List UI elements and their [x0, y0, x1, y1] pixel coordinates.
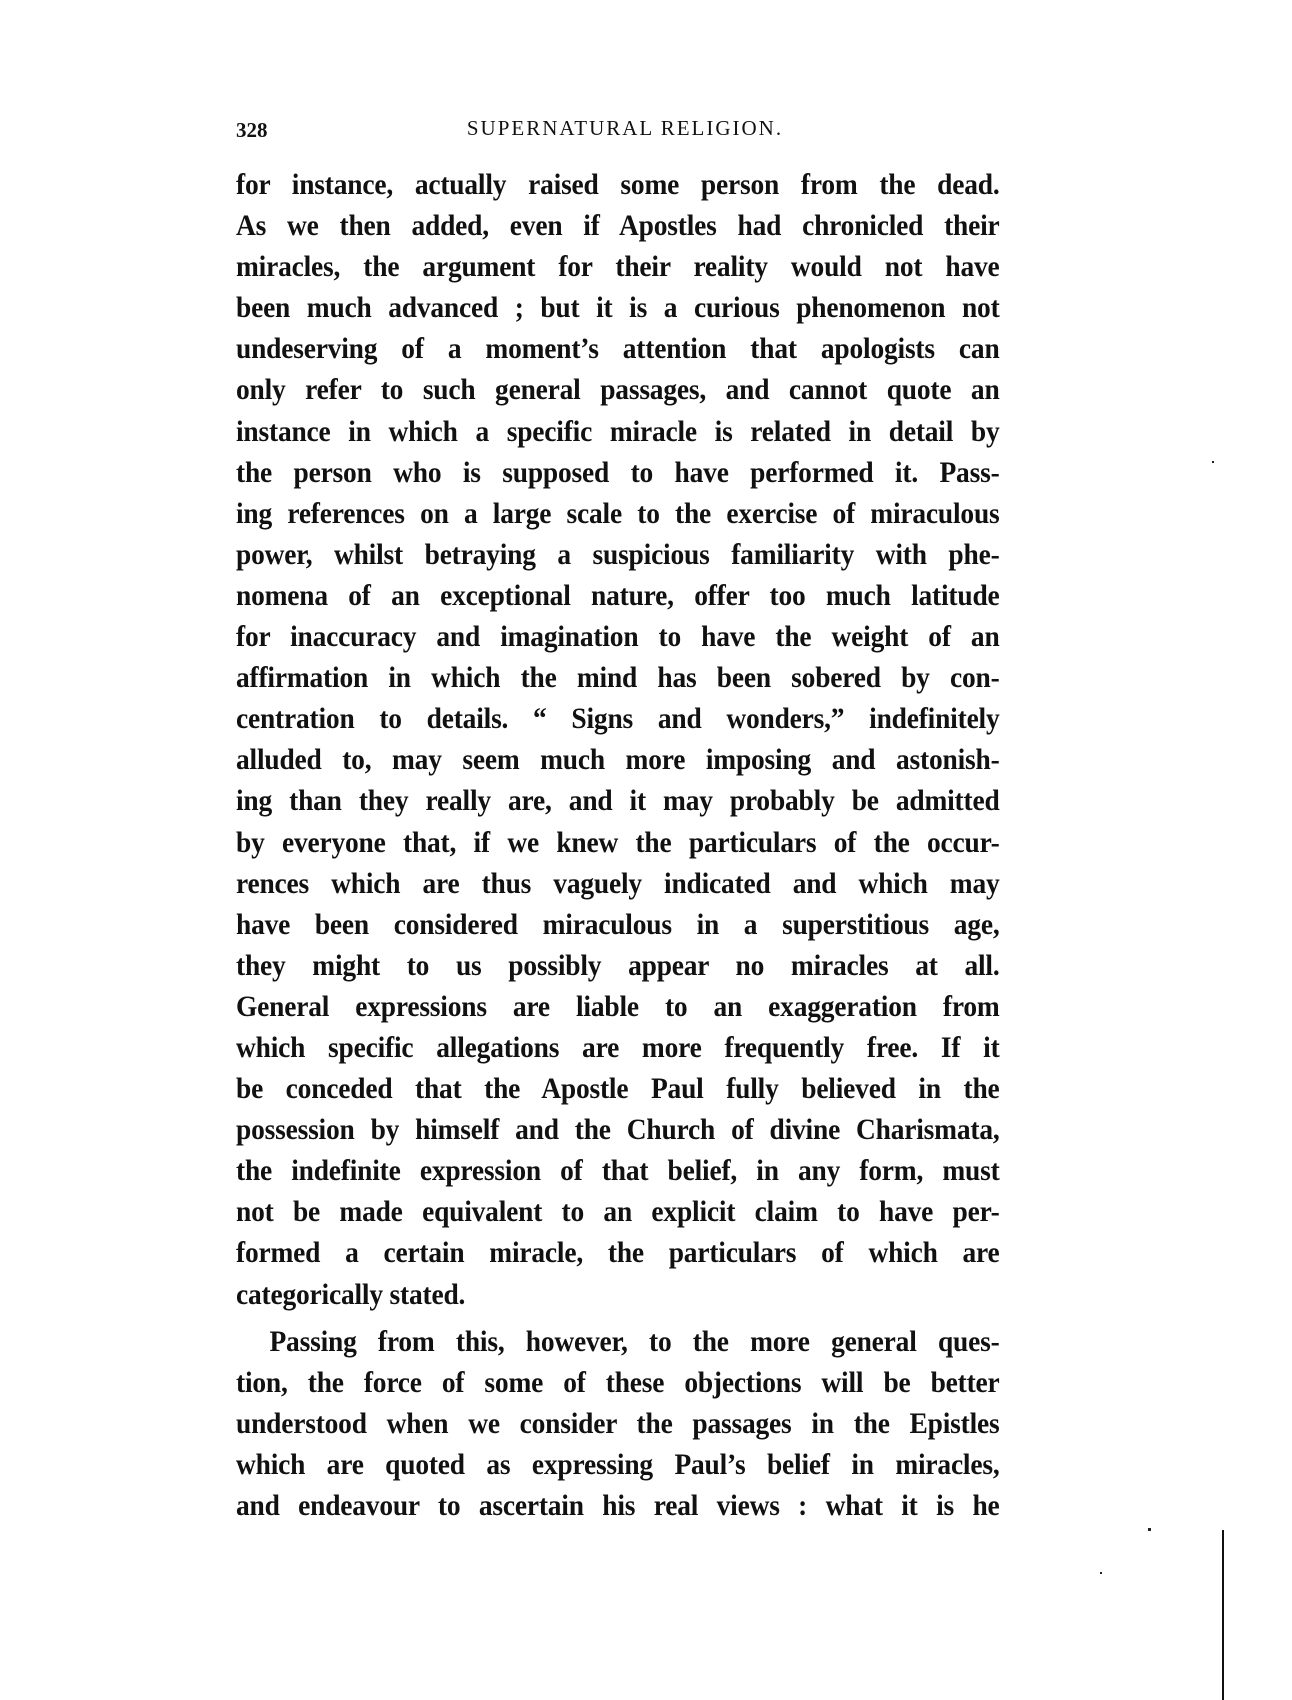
scan-speck — [1148, 1528, 1151, 1531]
text-line: General expressions are liable to an exa… — [236, 987, 1000, 1028]
text-line: nomena of an exceptional nature, offer t… — [236, 576, 1000, 617]
text-line: which are quoted as expressing Paul’s be… — [236, 1445, 1000, 1486]
scan-edge-line — [1222, 1530, 1224, 1700]
text-line: understood when we consider the passages… — [236, 1404, 1000, 1445]
scan-speck — [1100, 1572, 1102, 1574]
text-line: for inaccuracy and imagination to have t… — [236, 617, 1000, 658]
text-line: categorically stated. — [236, 1275, 1000, 1316]
text-line: formed a certain miracle, the particular… — [236, 1233, 1000, 1274]
running-title: SUPERNATURAL RELIGION. — [236, 116, 1000, 141]
text-line: As we then added, even if Apostles had c… — [236, 206, 1000, 247]
text-line: be conceded that the Apostle Paul fully … — [236, 1069, 1000, 1110]
book-page: 328 SUPERNATURAL RELIGION. for instance,… — [0, 0, 1292, 1700]
text-line: they might to us possibly appear no mira… — [236, 946, 1000, 987]
text-line: rences which are thus vaguely indicated … — [236, 864, 1000, 905]
text-line: have been considered miraculous in a sup… — [236, 905, 1000, 946]
text-line: been much advanced ; but it is a curious… — [236, 288, 1000, 329]
text-line: Passing from this, however, to the more … — [236, 1322, 1000, 1363]
text-line: ing references on a large scale to the e… — [236, 494, 1000, 535]
text-line: which specific allegations are more freq… — [236, 1028, 1000, 1069]
text-line: undeserving of a moment’s attention that… — [236, 329, 1000, 370]
text-line: the person who is supposed to have perfo… — [236, 453, 1000, 494]
text-line: the indefinite expression of that belief… — [236, 1151, 1000, 1192]
text-line: by everyone that, if we knew the particu… — [236, 823, 1000, 864]
text-line: instance in which a specific miracle is … — [236, 412, 1000, 453]
text-line: possession by himself and the Church of … — [236, 1110, 1000, 1151]
text-line: centration to details. “ Signs and wonde… — [236, 699, 1000, 740]
paragraph-1: for instance, actually raised some perso… — [236, 165, 1000, 1316]
text-line: miracles, the argument for their reality… — [236, 247, 1000, 288]
text-line: power, whilst betraying a suspicious fam… — [236, 535, 1000, 576]
text-line: tion, the force of some of these objecti… — [236, 1363, 1000, 1404]
text-line: and endeavour to ascertain his real view… — [236, 1486, 1000, 1527]
text-line: affirmation in which the mind has been s… — [236, 658, 1000, 699]
text-line: only refer to such general passages, and… — [236, 370, 1000, 411]
body-text: for instance, actually raised some perso… — [236, 165, 1000, 1527]
text-line: alluded to, may seem much more imposing … — [236, 740, 1000, 781]
scan-speck — [1212, 461, 1214, 463]
paragraph-2: Passing from this, however, to the more … — [236, 1322, 1000, 1527]
running-head: 328 SUPERNATURAL RELIGION. — [236, 114, 1000, 148]
text-line: not be made equivalent to an explicit cl… — [236, 1192, 1000, 1233]
text-line: ing than they really are, and it may pro… — [236, 781, 1000, 822]
text-line: for instance, actually raised some perso… — [236, 165, 1000, 206]
